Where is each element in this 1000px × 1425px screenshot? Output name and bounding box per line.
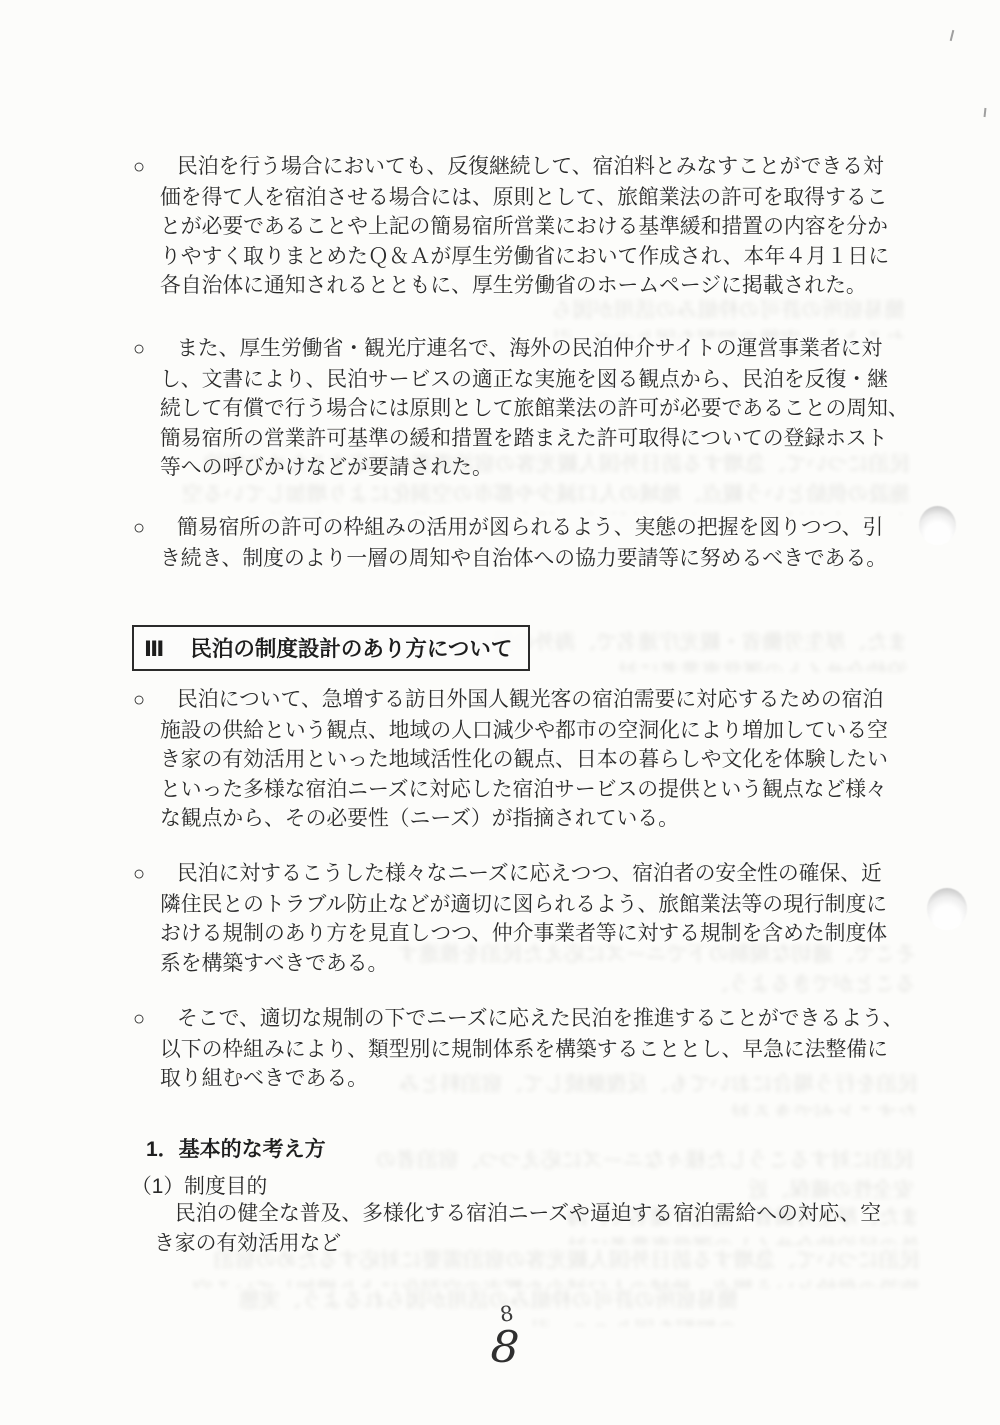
paragraph-simple-lodging: ○簡易宿所の許可の枠組みの活用が図られるよう、実態の把握を図りつつ、引 き続き、… — [133, 513, 935, 573]
subsection-item-body: 民泊の健全な普及、多様化する宿泊ニーズや逼迫する宿泊需給への対応、空 き家の有効… — [133, 1199, 935, 1258]
scan-speck — [984, 108, 987, 117]
paragraph-text: また、厚生労働省・観光庁連名で、海外の民泊仲介サイトの運営事業者に対 し、文書に… — [160, 337, 909, 479]
paragraph-text: 民泊について、急増する訪日外国人観光客の宿泊需要に対応するための宿泊 施設の供給… — [160, 688, 888, 830]
bullet-circle: ○ — [133, 335, 154, 365]
paragraph-text: そこで、適切な規制の下でニーズに応えた民泊を推進することができるよう、 以下の枠… — [160, 1007, 903, 1090]
scanned-document-page: 簡易宿所の許可の枠組みの活用が図られるよう、実態の把握を図りつつ、引 き続き、制… — [0, 0, 1000, 1425]
section-numeral: Ⅲ — [144, 637, 164, 661]
bleedthrough-text: また、厚生労働省・観光庁連名で、海外の民泊仲介サイトの運営事業者に対 し、文書に… — [490, 628, 908, 672]
paragraph-qa-notice: ○民泊を行う場合においても、反復継続して、宿泊料とみなすことができる対 価を得て… — [133, 152, 935, 301]
paragraph-text: 簡易宿所の許可の枠組みの活用が図られるよう、実態の把握を図りつつ、引 き続き、制… — [160, 516, 887, 570]
scan-bubble-artifact — [919, 506, 956, 545]
paragraph-text: 民泊に対するこうした様々なニーズに応えつつ、宿泊者の安全性の確保、近 隣住民との… — [160, 862, 887, 975]
bullet-circle: ○ — [133, 860, 154, 890]
paragraph-legal-framework: ○そこで、適切な規制の下でニーズに応えた民泊を推進することができるよう、 以下の… — [133, 1004, 935, 1094]
page-number: 8 — [489, 1321, 520, 1374]
paragraph-text: 民泊を行う場合においても、反復継続して、宿泊料とみなすことができる対 価を得て人… — [160, 155, 889, 297]
bleedthrough-text: 簡易宿所の許可の枠組みの活用が図られるよう、実態の把握を図りつつ、引 き続き、制… — [545, 296, 905, 338]
paragraph-regulation-review: ○民泊に対するこうした様々なニーズに応えつつ、宿泊者の安全性の確保、近 隣住民と… — [133, 859, 935, 978]
bullet-circle: ○ — [133, 1005, 154, 1035]
bleedthrough-text: 簡易宿所の許可の枠組みの活用が図られるよう、実態の把握を図りつつ、引 き続き、制… — [238, 1286, 738, 1326]
subsection-title: 1．基本的な考え方 — [146, 1133, 326, 1163]
subsection-item-label: （1）制度目的 — [131, 1169, 267, 1199]
bullet-circle: ○ — [133, 153, 154, 183]
bleedthrough-text: 民泊に対するこうした様々なニーズに応えつつ、宿泊者の安全性の確保、近 隣住民との… — [372, 1146, 914, 1198]
paragraph-minpaku-needs: ○民泊について、急増する訪日外国人観光客の宿泊需要に対応するための宿泊 施設の供… — [133, 685, 935, 834]
bullet-circle: ○ — [133, 514, 154, 544]
section-title: 民泊の制度設計のあり方について — [190, 637, 512, 661]
section-heading-box: Ⅲ民泊の制度設計のあり方について — [132, 625, 530, 671]
paragraph-overseas-sites: ○また、厚生労働省・観光庁連名で、海外の民泊仲介サイトの運営事業者に対 し、文書… — [133, 334, 935, 483]
scan-speck — [950, 30, 955, 41]
bullet-circle: ○ — [133, 686, 154, 716]
scan-bubble-artifact — [927, 888, 967, 930]
